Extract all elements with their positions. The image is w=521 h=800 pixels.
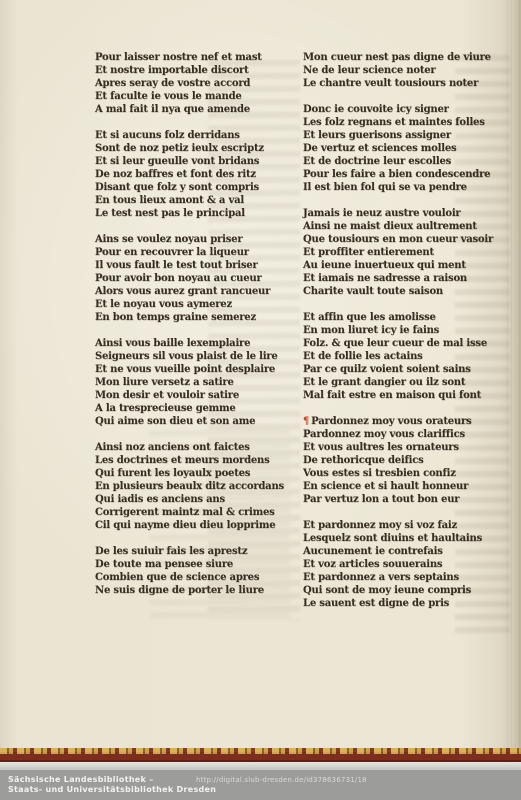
verse-line: Mon desir et vouloir satire xyxy=(95,389,300,402)
verse-line-text: Apres seray de vostre accord xyxy=(95,78,250,89)
verse-line: Cil qui nayme dieu dieu lopprime xyxy=(95,519,300,532)
verse-line-text: Et le grant dangier ou ilz sont xyxy=(303,377,465,388)
verse-line-text: Pardonnez moy vous clariffics xyxy=(303,429,465,440)
verse-line: Ainsi vous baille lexemplaire xyxy=(95,337,300,350)
verse-line: Qui iadis es anciens ans xyxy=(95,493,300,506)
verse-line-text: Et iamais ne sadresse a raison xyxy=(303,273,467,284)
library-name-line1: Sächsische Landesbibliothek – xyxy=(8,775,216,785)
verse-line-text: En science et si hault honneur xyxy=(303,481,468,492)
verse-line-text: Et si aucuns folz derridans xyxy=(95,130,240,141)
verse-line: Le chantre veult tousiours noter xyxy=(303,77,508,90)
library-name-line2: Staats- und Universitätsbibliothek Dresd… xyxy=(8,785,216,795)
verse-line-text: Que tousiours en mon cueur vasoir xyxy=(303,234,493,245)
verse-line: Que tousiours en mon cueur vasoir xyxy=(303,233,508,246)
verse-line: Sont de noz petiz ieulx escriptz xyxy=(95,142,300,155)
stanza: Jamais ie neuz austre vouloirAinsi ne ma… xyxy=(303,207,508,298)
verse-line: Lesquelz sont diuins et haultains xyxy=(303,532,508,545)
verse-line: Seigneurs sil vous plaist de le lire xyxy=(95,350,300,363)
verse-line: Pour les faire a bien condescendre xyxy=(303,168,508,181)
verse-line: Par ce quilz voient soient sains xyxy=(303,363,508,376)
verse-line-text: Ne suis digne de porter le liure xyxy=(95,585,264,596)
gold-tooling-pattern xyxy=(0,748,521,754)
verse-line: De les suiuir fais les aprestz xyxy=(95,545,300,558)
verse-line-text: Qui aime son dieu et son ame xyxy=(95,416,255,427)
verse-line: Folz. & que leur cueur de mal isse xyxy=(303,337,508,350)
verse-line-text: Le test nest pas le principal xyxy=(95,208,245,219)
verse-line-text: Mal fait estre en maison qui font xyxy=(303,390,481,401)
verse-line-text: Les doctrines et meurs mordens xyxy=(95,455,270,466)
stanza: Ains se voulez noyau priserPour en recou… xyxy=(95,233,300,324)
verse-line-text: Et voz articles souuerains xyxy=(303,559,442,570)
stanza: De les suiuir fais les aprestzDe toute m… xyxy=(95,545,300,597)
verse-line: Le sauent est digne de pris xyxy=(303,597,508,610)
verse-line: En mon liuret icy ie fains xyxy=(303,324,508,337)
verse-line-text: Ains se voulez noyau priser xyxy=(95,234,242,245)
verse-line-text: De rethoricque deifics xyxy=(303,455,424,466)
verse-line: Vous estes si tresbien confiz xyxy=(303,467,508,480)
verse-line: Aucunement ie contrefais xyxy=(303,545,508,558)
verse-line: Corrigerent maintz mal & crimes xyxy=(95,506,300,519)
verse-line: Le test nest pas le principal xyxy=(95,207,300,220)
verse-line: Au ieune inuertueux qui ment xyxy=(303,259,508,272)
verse-line: Et si leur gueulle vont bridans xyxy=(95,155,300,168)
verse-line: En bon temps graine semerez xyxy=(95,311,300,324)
stanza: Ainsi noz anciens ont faictesLes doctrin… xyxy=(95,441,300,532)
verse-line: Et faculte ie vous le mande xyxy=(95,90,300,103)
verse-line: Pour laisser nostre nef et mast xyxy=(95,51,300,64)
verse-line: Et pardonnez a vers septains xyxy=(303,571,508,584)
verse-line: Qui sont de moy ieune compris xyxy=(303,584,508,597)
verse-line-text: Qui sont de moy ieune compris xyxy=(303,585,471,596)
stanza: Et pardonnez moy si voz faizLesquelz son… xyxy=(303,519,508,610)
verse-line-text: Le chantre veult tousiours noter xyxy=(303,78,478,89)
verse-line-text: Pardonnez moy vous orateurs xyxy=(311,416,471,427)
verse-line-text: Seigneurs sil vous plaist de le lire xyxy=(95,351,278,362)
verse-line: Donc ie couvoite icy signer xyxy=(303,103,508,116)
verse-line-text: Aucunement ie contrefais xyxy=(303,546,443,557)
verse-line-text: Et affin que les amolisse xyxy=(303,312,436,323)
verse-line-text: Charite vault toute saison xyxy=(303,286,443,297)
verse-line-text: Pour les faire a bien condescendre xyxy=(303,169,490,180)
verse-line-text: Pour laisser nostre nef et mast xyxy=(95,52,262,63)
verse-line-text: Et nostre importable discort xyxy=(95,65,249,76)
verse-line-text: A mal fait il nya que amende xyxy=(95,104,250,115)
stanza: Mon cueur nest pas digne de viureNe de l… xyxy=(303,51,508,90)
verse-line: A la tresprecieuse gemme xyxy=(95,402,300,415)
verse-line-text: Ainsi noz anciens ont faictes xyxy=(95,442,250,453)
rubric-paragraph-mark: ¶ xyxy=(303,416,309,427)
verse-line-text: Lesquelz sont diuins et haultains xyxy=(303,533,482,544)
verse-line: En tous lieux amont & a val xyxy=(95,194,300,207)
verse-line-text: Mon cueur nest pas digne de viure xyxy=(303,52,491,63)
verse-line-text: Il est bien fol qui se va pendre xyxy=(303,182,467,193)
verse-line: Et de doctrine leur escolles xyxy=(303,155,508,168)
verse-line-text: Et de follie les actains xyxy=(303,351,423,362)
verse-line-text: Ne de leur science noter xyxy=(303,65,435,76)
scan-frame: Pour laisser nostre nef et mastEt nostre… xyxy=(0,0,521,800)
verse-line: Et le grant dangier ou ilz sont xyxy=(303,376,508,389)
verse-line-text: Et ne vous vueille point desplaire xyxy=(95,364,275,375)
verse-line: Qui furent les loyaulx poetes xyxy=(95,467,300,480)
manuscript-page: Pour laisser nostre nef et mastEt nostre… xyxy=(0,0,521,752)
verse-line: En science et si hault honneur xyxy=(303,480,508,493)
verse-line: Pardonnez moy vous clariffics xyxy=(303,428,508,441)
verse-line: Pour en recouvrer la liqueur xyxy=(95,246,300,259)
verse-line-text: Qui iadis es anciens ans xyxy=(95,494,225,505)
verse-line: Pour avoir bon noyau au cueur xyxy=(95,272,300,285)
library-name: Sächsische Landesbibliothek – Staats- un… xyxy=(8,775,216,795)
text-column-left: Pour laisser nostre nef et mastEt nostre… xyxy=(95,51,300,610)
verse-line-text: Pour avoir bon noyau au cueur xyxy=(95,273,262,284)
verse-line-text: Disant que folz y sont compris xyxy=(95,182,259,193)
verse-line-text: Par vertuz lon a tout bon eur xyxy=(303,494,459,505)
verse-line: Et proffiter entierement xyxy=(303,246,508,259)
verse-line-text: Mon liure versetz a satire xyxy=(95,377,234,388)
verse-line: Mon liure versetz a satire xyxy=(95,376,300,389)
verse-line-text: Jamais ie neuz austre vouloir xyxy=(303,208,461,219)
verse-line-text: Par ce quilz voient soient sains xyxy=(303,364,471,375)
verse-line-text: Pour en recouvrer la liqueur xyxy=(95,247,249,258)
verse-line-text: Combien que de science apres xyxy=(95,572,259,583)
digitization-footer: Sächsische Landesbibliothek – Staats- un… xyxy=(0,770,521,800)
stanza: ¶Pardonnez moy vous orateursPardonnez mo… xyxy=(303,415,508,506)
verse-line-text: Et le noyau vous aymerez xyxy=(95,299,232,310)
verse-line: Et leurs guerisons assigner xyxy=(303,129,508,142)
verse-line: Disant que folz y sont compris xyxy=(95,181,300,194)
verse-line-text: Ainsi ne maist dieux aultrement xyxy=(303,221,477,232)
stanza: Et affin que les amolisseEn mon liuret i… xyxy=(303,311,508,402)
verse-line-text: Sont de noz petiz ieulx escriptz xyxy=(95,143,264,154)
verse-line: Et si aucuns folz derridans xyxy=(95,129,300,142)
verse-line-text: Et de doctrine leur escolles xyxy=(303,156,451,167)
verse-line: De noz baffres et font des ritz xyxy=(95,168,300,181)
verse-line: Et de follie les actains xyxy=(303,350,508,363)
verse-line: Et iamais ne sadresse a raison xyxy=(303,272,508,285)
verse-line-text: Corrigerent maintz mal & crimes xyxy=(95,507,275,518)
verse-line: Ainsi noz anciens ont faictes xyxy=(95,441,300,454)
verse-line-text: Et pardonnez moy si voz faiz xyxy=(303,520,457,531)
verse-line-text: Vous estes si tresbien confiz xyxy=(303,468,456,479)
verse-line: Jamais ie neuz austre vouloir xyxy=(303,207,508,220)
verse-line: De toute ma pensee siure xyxy=(95,558,300,571)
verse-line-text: Alors vous aurez grant rancueur xyxy=(95,286,270,297)
verse-line-text: A la tresprecieuse gemme xyxy=(95,403,236,414)
verse-line-text: Et leurs guerisons assigner xyxy=(303,130,451,141)
verse-line: Il est bien fol qui se va pendre xyxy=(303,181,508,194)
verse-line: A mal fait il nya que amende xyxy=(95,103,300,116)
verse-line: Ne suis digne de porter le liure xyxy=(95,584,300,597)
verse-line-text: Et faculte ie vous le mande xyxy=(95,91,242,102)
verse-line: Ne de leur science noter xyxy=(303,64,508,77)
verse-line-text: Et si leur gueulle vont bridans xyxy=(95,156,259,167)
verse-line: Ainsi ne maist dieux aultrement xyxy=(303,220,508,233)
verse-line-text: Donc ie couvoite icy signer xyxy=(303,104,449,115)
verse-line-text: Qui furent les loyaulx poetes xyxy=(95,468,250,479)
text-column-right: Mon cueur nest pas digne de viureNe de l… xyxy=(303,51,508,623)
verse-line: Il vous fault le test tout briser xyxy=(95,259,300,272)
verse-line: Qui aime son dieu et son ame xyxy=(95,415,300,428)
verse-line-text: En bon temps graine semerez xyxy=(95,312,256,323)
verse-line: Les doctrines et meurs mordens xyxy=(95,454,300,467)
stanza: Et si aucuns folz derridansSont de noz p… xyxy=(95,129,300,220)
verse-line: Et nostre importable discort xyxy=(95,64,300,77)
verse-line: Et le noyau vous aymerez xyxy=(95,298,300,311)
verse-line: Les folz regnans et maintes folles xyxy=(303,116,508,129)
stanza: Pour laisser nostre nef et mastEt nostre… xyxy=(95,51,300,116)
verse-line: De rethoricque deifics xyxy=(303,454,508,467)
verse-line: ¶Pardonnez moy vous orateurs xyxy=(303,415,508,428)
verse-line-text: Ainsi vous baille lexemplaire xyxy=(95,338,250,349)
verse-line-text: Cil qui nayme dieu dieu lopprime xyxy=(95,520,275,531)
verse-line: Ains se voulez noyau priser xyxy=(95,233,300,246)
verse-line: En plusieurs beaulx ditz accordans xyxy=(95,480,300,493)
verse-line-text: En plusieurs beaulx ditz accordans xyxy=(95,481,284,492)
verse-line-text: Au ieune inuertueux qui ment xyxy=(303,260,466,271)
verse-line: Et vous aultres les ornateurs xyxy=(303,441,508,454)
verse-line: Et affin que les amolisse xyxy=(303,311,508,324)
verse-line-text: De vertuz et sciences molles xyxy=(303,143,456,154)
verse-line-text: De les suiuir fais les aprestz xyxy=(95,546,247,557)
verse-line: Et voz articles souuerains xyxy=(303,558,508,571)
table-surface xyxy=(0,762,521,770)
verse-line-text: Le sauent est digne de pris xyxy=(303,598,449,609)
verse-line: Apres seray de vostre accord xyxy=(95,77,300,90)
verse-line: Mon cueur nest pas digne de viure xyxy=(303,51,508,64)
verse-line: Mal fait estre en maison qui font xyxy=(303,389,508,402)
verse-line-text: Mon desir et vouloir satire xyxy=(95,390,239,401)
gilt-edge-band xyxy=(0,748,521,762)
verse-line-text: Et proffiter entierement xyxy=(303,247,434,258)
verse-line-text: Les folz regnans et maintes folles xyxy=(303,117,485,128)
verse-line-text: En mon liuret icy ie fains xyxy=(303,325,439,336)
verse-line: Combien que de science apres xyxy=(95,571,300,584)
verse-line-text: De noz baffres et font des ritz xyxy=(95,169,256,180)
stanza: Donc ie couvoite icy signerLes folz regn… xyxy=(303,103,508,194)
verse-line-text: Et pardonnez a vers septains xyxy=(303,572,459,583)
verse-line: De vertuz et sciences molles xyxy=(303,142,508,155)
verse-line: Et ne vous vueille point desplaire xyxy=(95,363,300,376)
verse-line-text: Il vous fault le test tout briser xyxy=(95,260,258,271)
verse-line-text: Folz. & que leur cueur de mal isse xyxy=(303,338,487,349)
stanza: Ainsi vous baille lexemplaireSeigneurs s… xyxy=(95,337,300,428)
verse-line-text: Et vous aultres les ornateurs xyxy=(303,442,459,453)
scan-url: http://digital.slub-dresden.de/id3786367… xyxy=(196,776,367,784)
verse-line-text: En tous lieux amont & a val xyxy=(95,195,244,206)
verse-line: Alors vous aurez grant rancueur xyxy=(95,285,300,298)
verse-line: Charite vault toute saison xyxy=(303,285,508,298)
verse-line-text: De toute ma pensee siure xyxy=(95,559,233,570)
verse-line: Et pardonnez moy si voz faiz xyxy=(303,519,508,532)
verse-line: Par vertuz lon a tout bon eur xyxy=(303,493,508,506)
